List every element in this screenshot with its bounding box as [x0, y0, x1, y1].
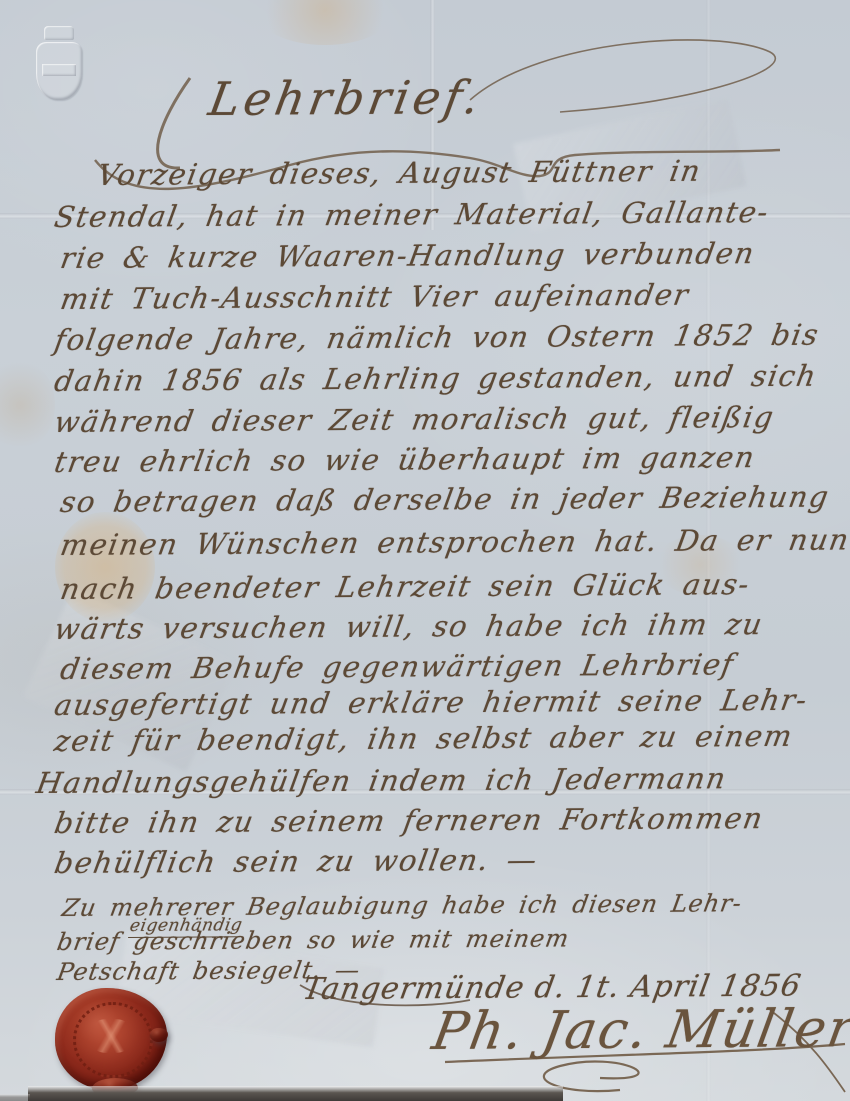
body-line: wärts versuchen will, so habe ich ihm zu: [52, 607, 766, 646]
body-line: dahin 1856 als Lehrling gestanden, und s…: [52, 359, 820, 398]
crest-band-icon: [42, 64, 76, 76]
body-line: bitte ihn zu seinem ferneren Fortkommen: [52, 801, 766, 840]
body-line: rie & kurze Waaren-Handlung verbunden: [58, 236, 758, 275]
body-line: mit Tuch-Ausschnitt Vier aufeinander: [58, 278, 692, 316]
document-scan: Lehrbrief. Vorzeiger dieses, August Fütt…: [0, 0, 850, 1101]
wax-drip: [92, 1078, 138, 1096]
body-line: diesem Behufe gegenwärtigen Lehrbrief: [58, 647, 737, 686]
wax-seal: [55, 988, 167, 1090]
stain-left-edge: [0, 360, 55, 450]
body-line: behülflich sein zu wollen. —: [52, 843, 541, 880]
body-line: meinen Wünschen entsprochen hat. Da er n…: [58, 523, 850, 562]
stain-top: [255, 0, 395, 45]
signature: Ph. Jac. Müller: [428, 999, 850, 1062]
body-line: treu ehrlich so wie überhaupt im ganzen: [52, 440, 758, 479]
closing-line: brief geschrieben so wie mit meinem: [55, 924, 572, 956]
body-line: folgende Jahre, nämlich von Ostern 1852 …: [52, 318, 822, 357]
body-line: Handlungsgehülfen indem ich Jedermann: [34, 761, 729, 800]
body-line: zeit für beendigt, ihn selbst aber zu ei…: [52, 719, 796, 758]
body-line: so betragen daß derselbe in jeder Bezieh…: [58, 480, 832, 519]
document-title: Lehrbrief.: [205, 70, 487, 126]
body-line: Stendal, hat in meiner Material, Gallant…: [52, 195, 772, 234]
crest-crown-icon: [44, 26, 74, 40]
embossed-crest-stamp: [36, 26, 82, 76]
paper-edge-shadow: [0, 1094, 30, 1101]
crest-shield-icon: [36, 42, 82, 100]
body-line: Vorzeiger dieses, August Füttner in: [95, 154, 704, 192]
wax-seal-monogram: [89, 1019, 134, 1054]
body-line: nach beendeter Lehrzeit sein Glück aus-: [58, 567, 753, 606]
body-line: während dieser Zeit moralisch gut, fleiß…: [52, 400, 777, 439]
body-line: ausgefertigt und erkläre hiermit seine L…: [52, 683, 811, 722]
